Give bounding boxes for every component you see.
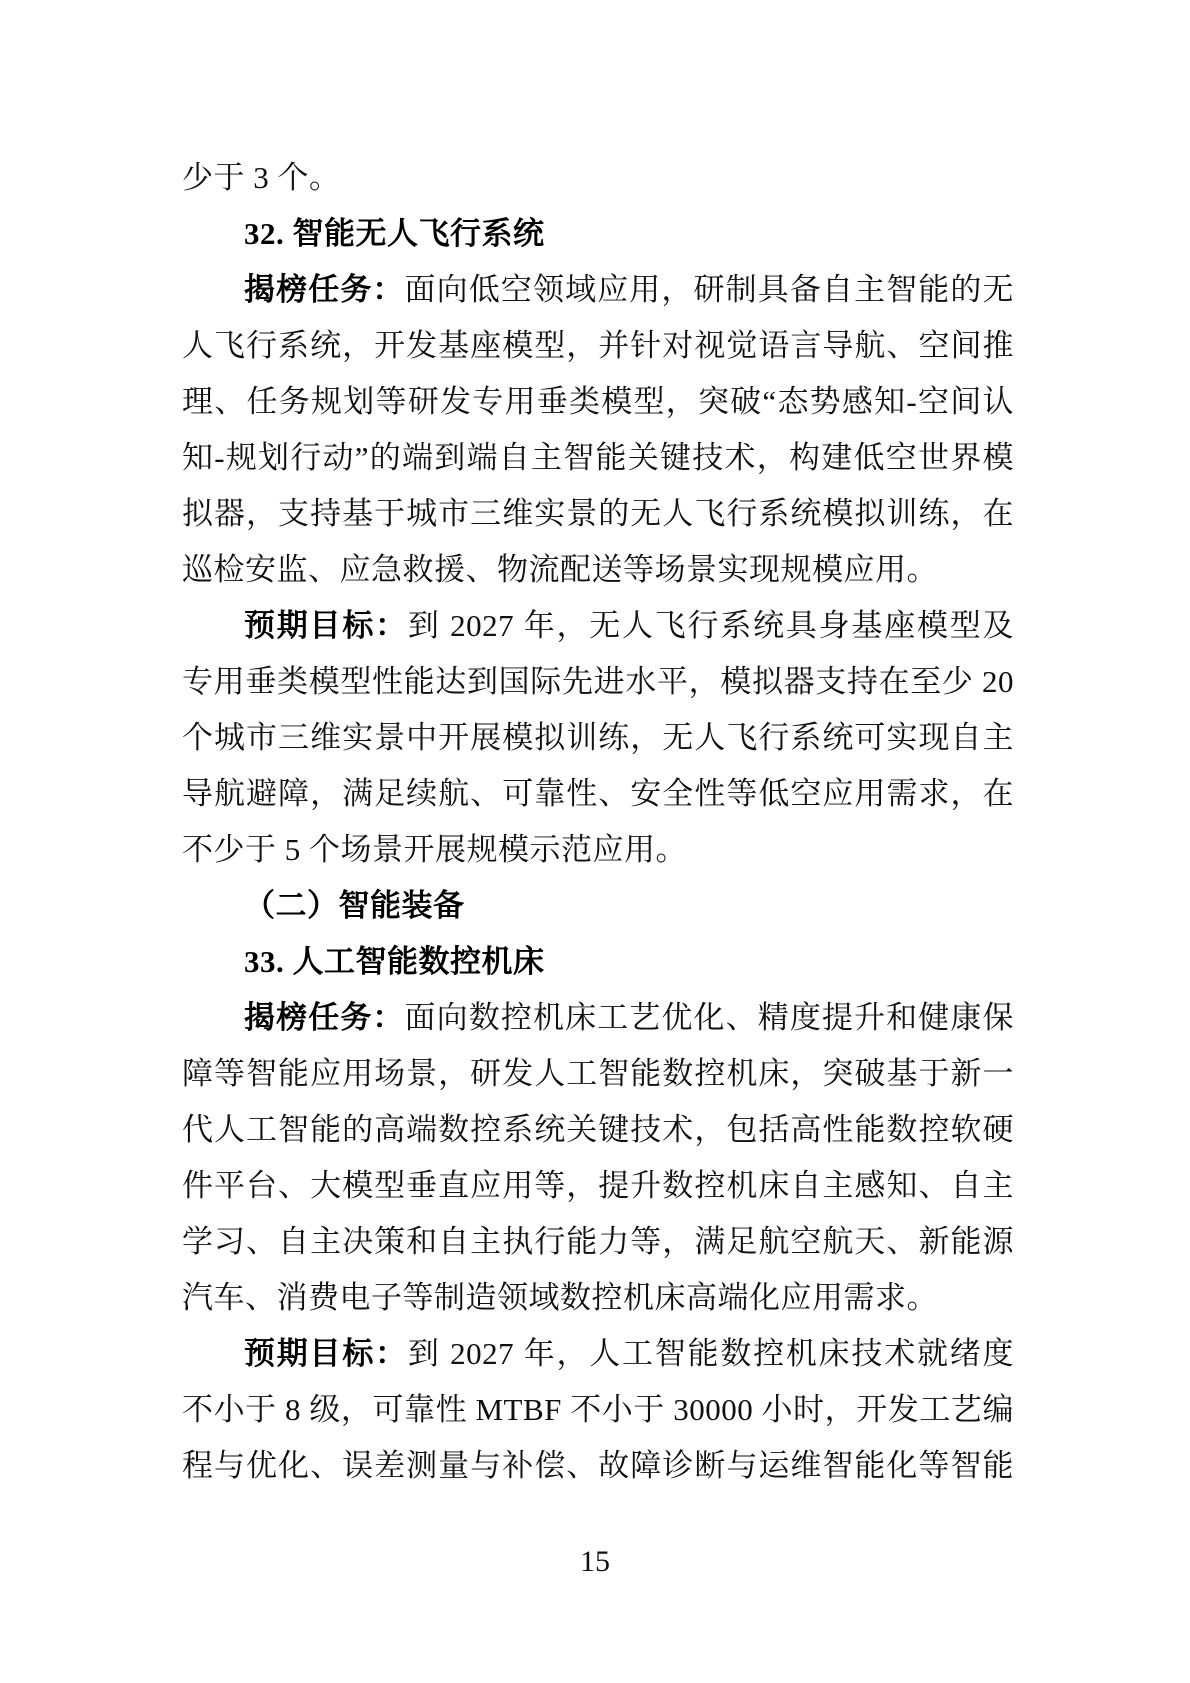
bold-label: 预期目标： — [244, 608, 408, 643]
body-text: 代人工智能的高端数控系统关键技术，包括高性能数控软硬 — [182, 1112, 1014, 1147]
body-text: 汽车、消费电子等制造领域数控机床高端化应用需求。 — [182, 1280, 938, 1315]
body-text: 导航避障，满足续航、可靠性、安全性等低空应用需求，在 — [182, 776, 1014, 811]
document-page: 少于 3 个。32. 智能无人飞行系统揭榜任务：面向低空领域应用，研制具备自主智… — [0, 0, 1190, 1683]
text-line: 不少于 5 个场景开展规模示范应用。 — [182, 822, 1014, 878]
text-line: 件平台、大模型垂直应用等，提升数控机床自主感知、自主 — [182, 1158, 1014, 1214]
body-text: 面向数控机床工艺优化、精度提升和健康保 — [405, 1000, 1014, 1035]
text-line: 障等智能应用场景，研发人工智能数控机床，突破基于新一 — [182, 1046, 1014, 1102]
text-line: （二）智能装备 — [182, 878, 1014, 934]
text-line: 少于 3 个。 — [182, 150, 1014, 206]
text-line: 知-规划行动”的端到端自主智能关键技术，构建低空世界模 — [182, 430, 1014, 486]
text-line: 揭榜任务：面向数控机床工艺优化、精度提升和健康保 — [182, 990, 1014, 1046]
text-line: 拟器，支持基于城市三维实景的无人飞行系统模拟训练，在 — [182, 486, 1014, 542]
text-line: 预期目标：到 2027 年，人工智能数控机床技术就绪度 — [182, 1326, 1014, 1382]
text-line: 学习、自主决策和自主执行能力等，满足航空航天、新能源 — [182, 1214, 1014, 1270]
text-line: 程与优化、误差测量与补偿、故障诊断与运维智能化等智能 — [182, 1438, 1014, 1494]
body-text: 理、任务规划等研发专用垂类模型，突破“态势感知-空间认 — [182, 384, 1014, 419]
text-line: 32. 智能无人飞行系统 — [182, 206, 1014, 262]
body-text: 学习、自主决策和自主执行能力等，满足航空航天、新能源 — [182, 1224, 1014, 1259]
text-line: 不小于 8 级，可靠性 MTBF 不小于 30000 小时，开发工艺编 — [182, 1382, 1014, 1438]
body-text: 个城市三维实景中开展模拟训练，无人飞行系统可实现自主 — [182, 720, 1014, 755]
body-text: 件平台、大模型垂直应用等，提升数控机床自主感知、自主 — [182, 1168, 1014, 1203]
text-line: 汽车、消费电子等制造领域数控机床高端化应用需求。 — [182, 1270, 1014, 1326]
text-line: 理、任务规划等研发专用垂类模型，突破“态势感知-空间认 — [182, 374, 1014, 430]
text-line: 33. 人工智能数控机床 — [182, 934, 1014, 990]
body-text: 障等智能应用场景，研发人工智能数控机床，突破基于新一 — [182, 1056, 1014, 1091]
bold-label: 揭榜任务： — [244, 1000, 405, 1035]
text-line: 专用垂类模型性能达到国际先进水平，模拟器支持在至少 20 — [182, 654, 1014, 710]
bold-label: 揭榜任务： — [244, 272, 405, 307]
body-text: 巡检安监、应急救援、物流配送等场景实现规模应用。 — [182, 552, 938, 587]
text-line: 巡检安监、应急救援、物流配送等场景实现规模应用。 — [182, 542, 1014, 598]
text-line: 揭榜任务：面向低空领域应用，研制具备自主智能的无 — [182, 262, 1014, 318]
text-line: 代人工智能的高端数控系统关键技术，包括高性能数控软硬 — [182, 1102, 1014, 1158]
text-line: 人飞行系统，开发基座模型，并针对视觉语言导航、空间推 — [182, 318, 1014, 374]
body-text: 到 2027 年，人工智能数控机床技术就绪度 — [408, 1336, 1014, 1371]
body-text: 面向低空领域应用，研制具备自主智能的无 — [405, 272, 1014, 307]
text-line: 个城市三维实景中开展模拟训练，无人飞行系统可实现自主 — [182, 710, 1014, 766]
body-text: 不少于 5 个场景开展规模示范应用。 — [182, 832, 687, 867]
text-line: 导航避障，满足续航、可靠性、安全性等低空应用需求，在 — [182, 766, 1014, 822]
body-text: 不小于 8 级，可靠性 MTBF 不小于 30000 小时，开发工艺编 — [182, 1392, 1014, 1427]
bold-label: 预期目标： — [244, 1336, 408, 1371]
bold-label: （二）智能装备 — [244, 888, 465, 923]
document-body: 少于 3 个。32. 智能无人飞行系统揭榜任务：面向低空领域应用，研制具备自主智… — [182, 150, 1014, 1494]
body-text: 拟器，支持基于城市三维实景的无人飞行系统模拟训练，在 — [182, 496, 1014, 531]
body-text: 少于 3 个。 — [182, 160, 341, 195]
body-text: 人飞行系统，开发基座模型，并针对视觉语言导航、空间推 — [182, 328, 1014, 363]
body-text: 知-规划行动”的端到端自主智能关键技术，构建低空世界模 — [182, 440, 1014, 475]
body-text: 专用垂类模型性能达到国际先进水平，模拟器支持在至少 20 — [182, 664, 1014, 699]
body-text: 程与优化、误差测量与补偿、故障诊断与运维智能化等智能 — [182, 1448, 1014, 1483]
body-text: 到 2027 年，无人飞行系统具身基座模型及 — [408, 608, 1014, 643]
text-line: 预期目标：到 2027 年，无人飞行系统具身基座模型及 — [182, 598, 1014, 654]
bold-label: 33. 人工智能数控机床 — [244, 944, 545, 979]
bold-label: 32. 智能无人飞行系统 — [244, 216, 545, 251]
page-number: 15 — [0, 1544, 1190, 1580]
